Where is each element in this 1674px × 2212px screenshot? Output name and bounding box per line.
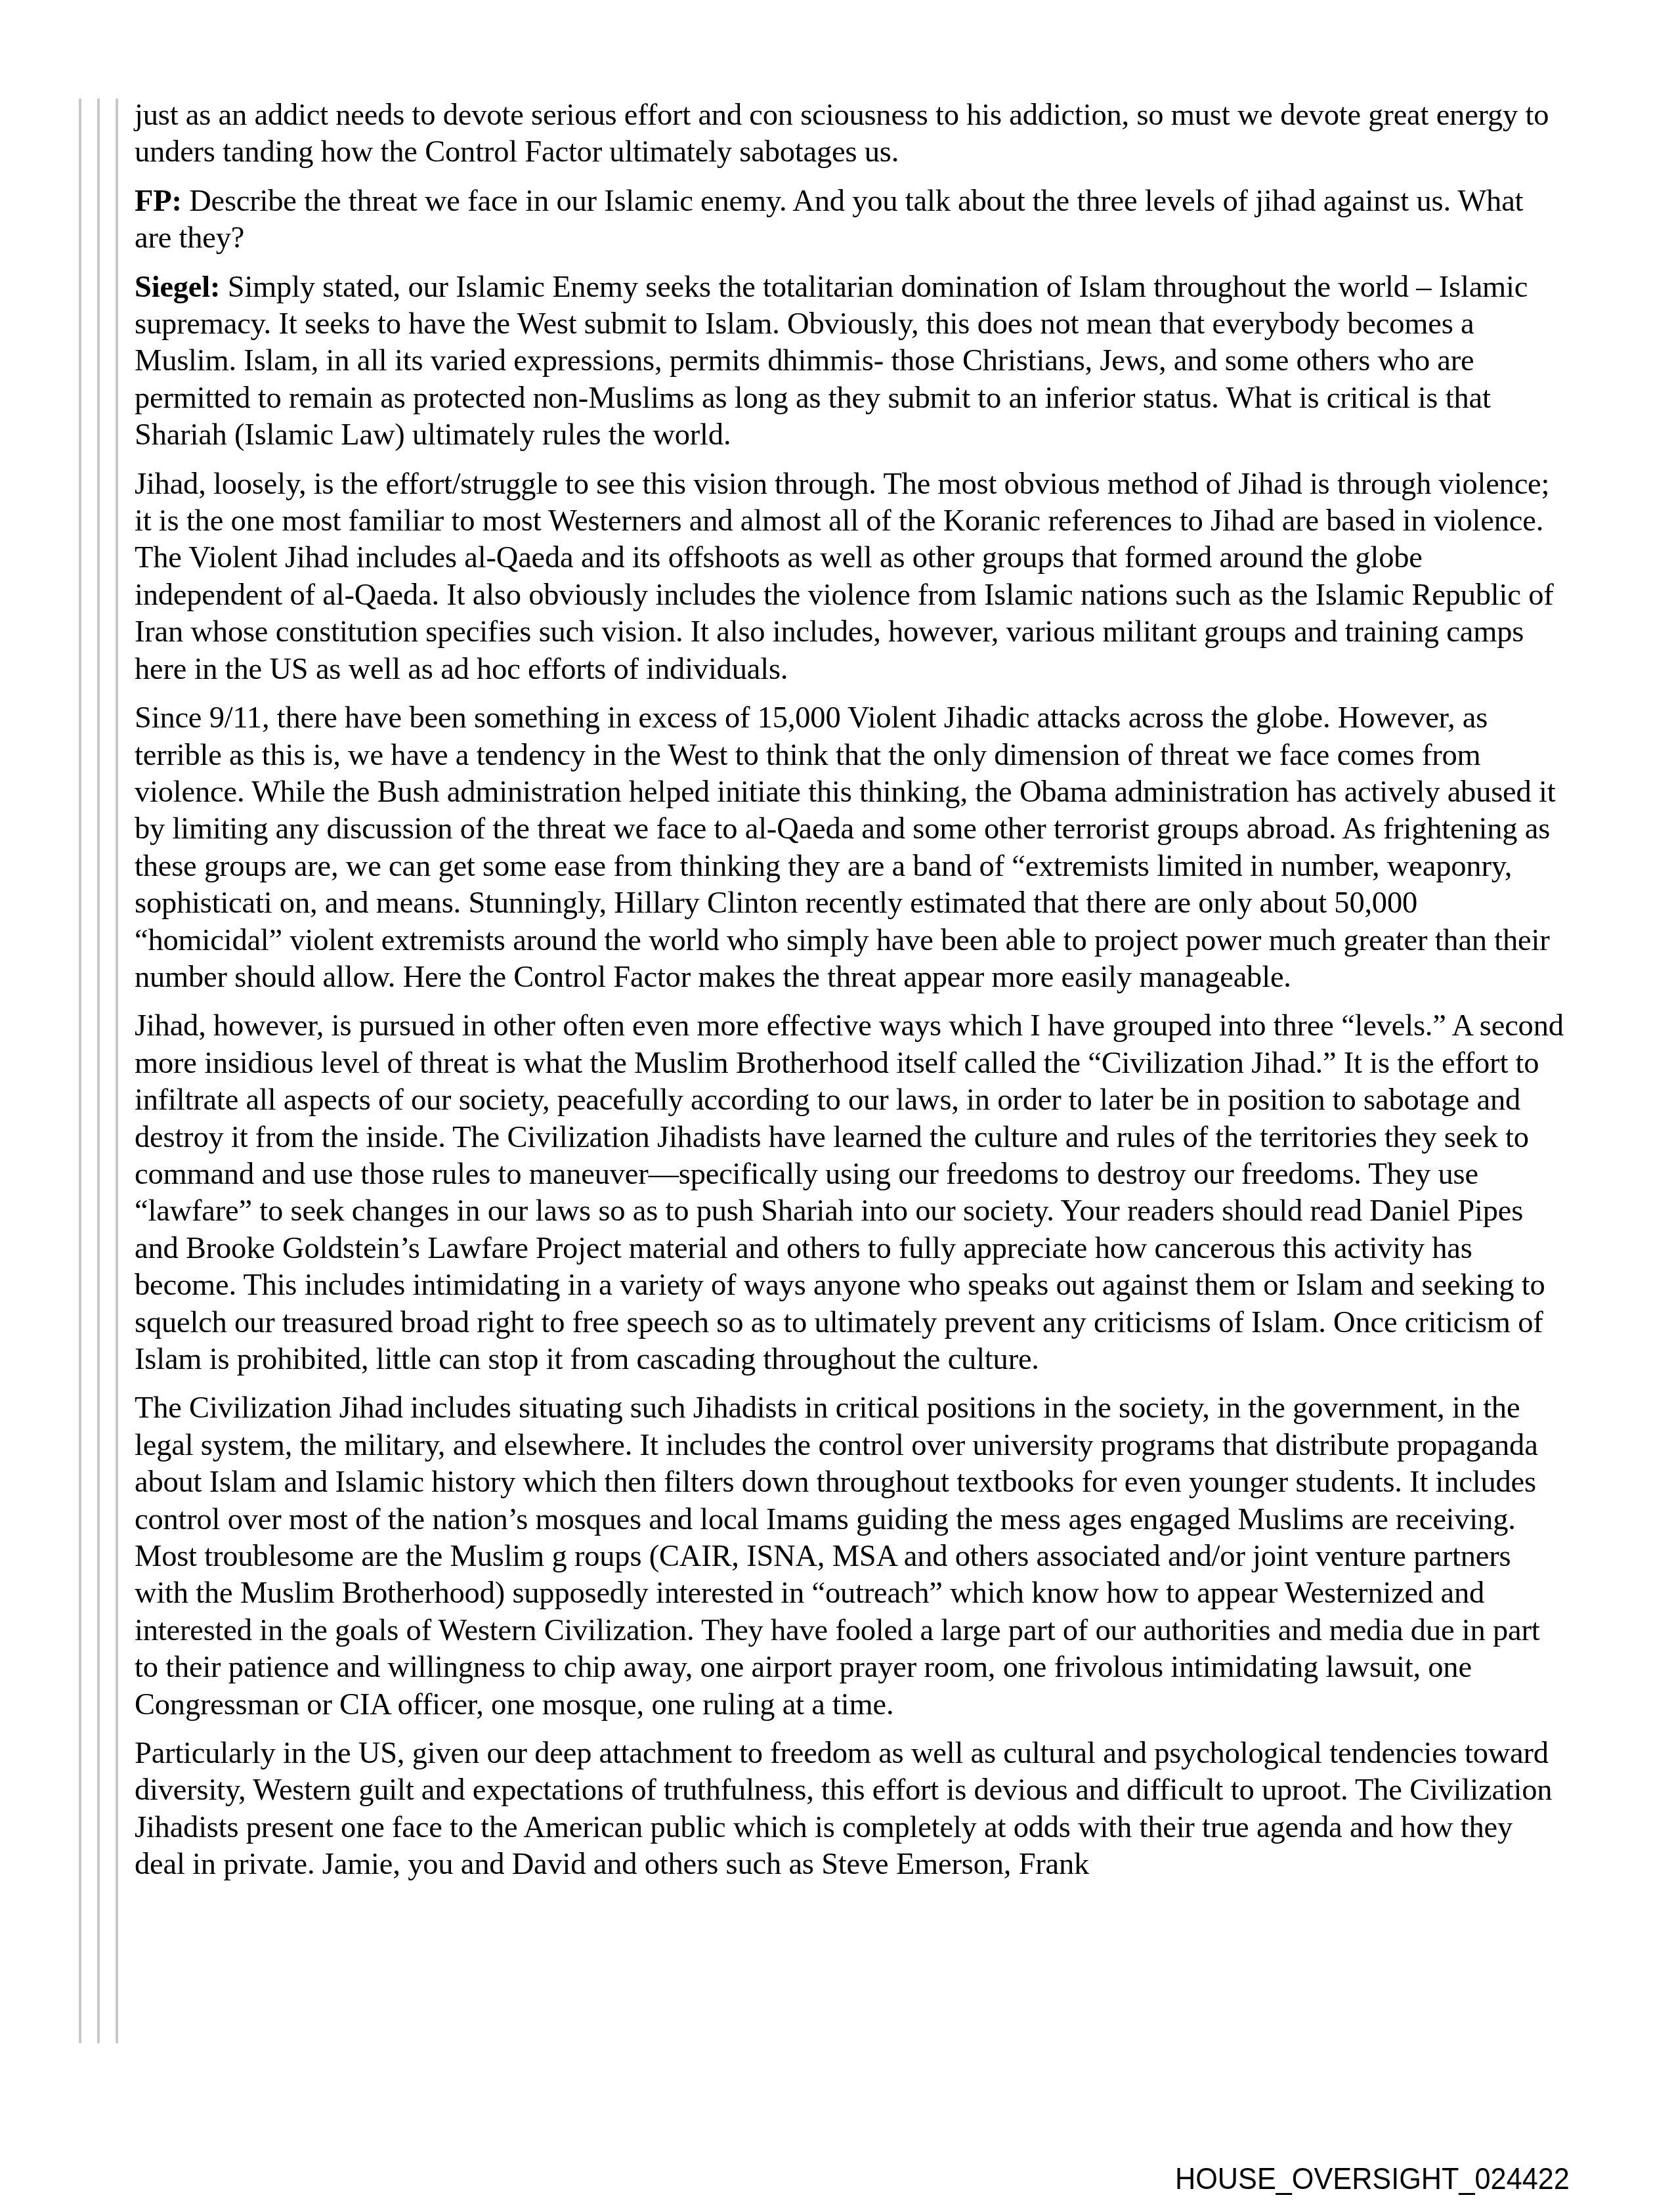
paragraph-text: Particularly in the US, given our deep a… (135, 1737, 1552, 1881)
document-body: just as an addict needs to devote seriou… (135, 97, 1566, 1896)
margin-rule-1 (79, 98, 81, 2043)
paragraph-civilization-jihad-intro: Jihad, however, is pursued in other ofte… (135, 1008, 1566, 1378)
margin-rule-3 (116, 98, 118, 2043)
bates-stamp: HOUSE_OVERSIGHT_024422 (1175, 2160, 1570, 2196)
paragraph-text: Jihad, loosely, is the effort/struggle t… (135, 467, 1554, 686)
paragraph-question-fp: FP: Describe the threat we face in our I… (135, 183, 1566, 257)
speaker-label-siegel: Siegel: (135, 271, 220, 304)
paragraph-civilization-jihad-detail: The Civilization Jihad includes situatin… (135, 1390, 1566, 1724)
speaker-label-fp: FP: (135, 184, 182, 218)
paragraph-text: Since 9/11, there have been something in… (135, 701, 1555, 994)
paragraph-text: just as an addict needs to devote seriou… (135, 98, 1549, 169)
paragraph-particularly-us: Particularly in the US, given our deep a… (135, 1735, 1566, 1884)
paragraph-text: Simply stated, our Islamic Enemy seeks t… (135, 271, 1528, 452)
paragraph-answer-siegel: Siegel: Simply stated, our Islamic Enemy… (135, 269, 1566, 454)
paragraph-continuation: just as an addict needs to devote seriou… (135, 97, 1566, 171)
paragraph-text: Jihad, however, is pursued in other ofte… (135, 1009, 1564, 1376)
paragraph-violent-jihad: Jihad, loosely, is the effort/struggle t… (135, 466, 1566, 688)
margin-rule-2 (97, 98, 100, 2043)
paragraph-since-911: Since 9/11, there have been something in… (135, 700, 1566, 996)
paragraph-text: The Civilization Jihad includes situatin… (135, 1391, 1540, 1721)
paragraph-text: Describe the threat we face in our Islam… (135, 184, 1523, 255)
